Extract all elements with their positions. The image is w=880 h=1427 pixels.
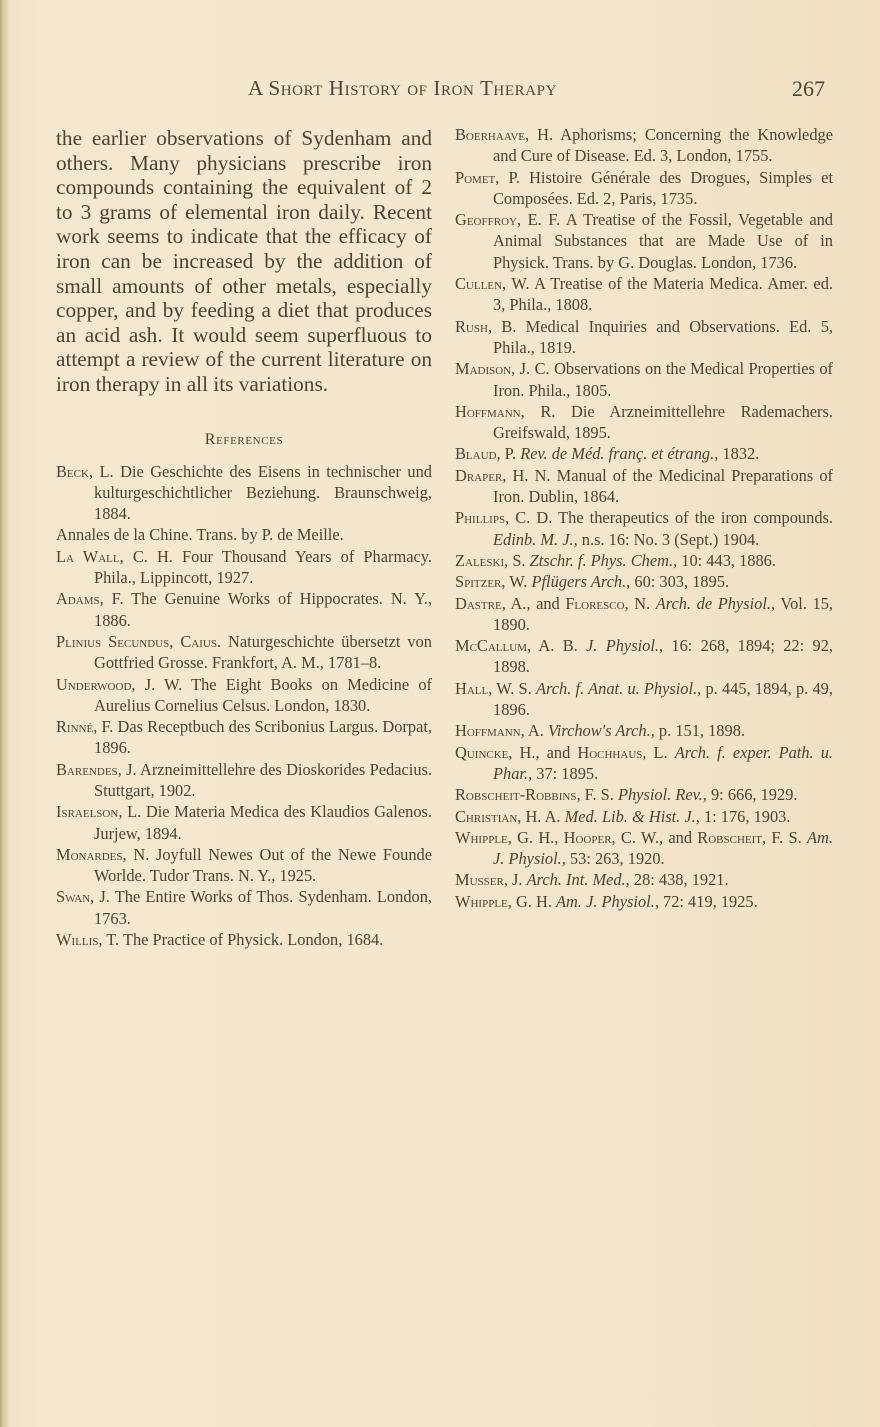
reference-author: McCallum: [455, 636, 527, 655]
reference-text: , E. F. A Treatise of the Fossil, Vegeta…: [493, 210, 833, 272]
reference-entry: Rush, B. Medical Inquiries and Observati…: [455, 316, 833, 359]
reference-text: , G. H.: [508, 892, 556, 911]
reference-entry: Robscheit-Robbins, F. S. Physiol. Rev., …: [455, 784, 833, 805]
reference-author: Adams: [56, 589, 100, 608]
reference-journal: Edinb. M. J.: [493, 530, 574, 549]
reference-author: Whipple: [455, 892, 508, 911]
reference-text: , 9: 666, 1929.: [703, 785, 798, 804]
reference-journal: Arch. f. Anat. u. Physiol.: [536, 679, 697, 698]
reference-entry: Pomet, P. Histoire Générale des Drogues,…: [455, 167, 833, 210]
reference-author: Hoffmann: [455, 721, 521, 740]
body-paragraph: the earlier observations of Sydenham and…: [56, 126, 432, 397]
reference-text: , T. The Practice of Physick. London, 16…: [98, 930, 383, 949]
references-heading: References: [56, 431, 432, 449]
reference-author: Rinné: [56, 717, 93, 736]
reference-entry: Monardes, N. Joyfull Newes Out of the Ne…: [56, 844, 432, 887]
reference-text: , A. B.: [527, 636, 586, 655]
reference-entry: Whipple, G. H., Hooper, C. W., and Robsc…: [455, 827, 833, 870]
reference-entry: Zaleski, S. Ztschr. f. Phys. Chem., 10: …: [455, 550, 833, 571]
reference-text: , 53: 263, 1920.: [562, 849, 665, 868]
reference-text: , J. The Entire Works of Thos. Sydenham.…: [90, 887, 432, 927]
reference-entry: Adams, F. The Genuine Works of Hippocrat…: [56, 588, 432, 631]
reference-text: , 1: 176, 1903.: [696, 807, 791, 826]
reference-text: , W.: [501, 572, 531, 591]
reference-entry: Rinné, F. Das Receptbuch des Scribonius …: [56, 716, 432, 759]
reference-author: Spitzer: [455, 572, 501, 591]
reference-entry: Boerhaave, H. Aphorisms; Concerning the …: [455, 124, 833, 167]
reference-text: , J. W. The Eight Books on Medicine of A…: [94, 675, 432, 715]
reference-text: , W. S.: [488, 679, 536, 698]
reference-text: , A., and: [502, 594, 566, 613]
reference-author: Beck: [56, 462, 89, 481]
reference-author: Musser: [455, 870, 504, 889]
reference-author: Hooper: [564, 828, 612, 847]
reference-journal: Ztschr. f. Phys. Chem.: [530, 551, 673, 570]
reference-text: , N.: [625, 594, 656, 613]
reference-journal: Med. Lib. & Hist. J.: [565, 807, 696, 826]
reference-author: Monardes: [56, 845, 123, 864]
reference-entry: La Wall, C. H. Four Thousand Years of Ph…: [56, 546, 432, 589]
reference-text: , 1832.: [714, 444, 759, 463]
reference-text: , 37: 1895.: [528, 764, 598, 783]
reference-author: Geoffroy: [455, 210, 517, 229]
reference-text: , N. Joyfull Newes Out of the Newe Found…: [94, 845, 432, 885]
reference-text: , G. H.,: [508, 828, 564, 847]
reference-entry: Hoffmann, A. Virchow's Arch., p. 151, 18…: [455, 720, 833, 741]
reference-author: Quincke: [455, 743, 508, 762]
reference-entry: Whipple, G. H. Am. J. Physiol., 72: 419,…: [455, 891, 833, 912]
reference-entry: Dastre, A., and Floresco, N. Arch. de Ph…: [455, 593, 833, 636]
reference-entry: McCallum, A. B. J. Physiol., 16: 268, 18…: [455, 635, 833, 678]
reference-text: , H. A.: [517, 807, 564, 826]
reference-author: La Wall: [56, 547, 120, 566]
reference-journal: Rev. de Méd. franç. et étrang.: [520, 444, 714, 463]
reference-entry: Beck, L. Die Geschichte des Eisens in te…: [56, 461, 432, 525]
reference-entry: Swan, J. The Entire Works of Thos. Syden…: [56, 886, 432, 929]
reference-text: , P. Histoire Générale des Drogues, Simp…: [493, 168, 833, 208]
reference-author: Barendes: [56, 760, 118, 779]
reference-author: Floresco: [565, 594, 624, 613]
reference-author: Dastre: [455, 594, 502, 613]
reference-text: , J.: [504, 870, 527, 889]
reference-author: Pomet: [455, 168, 495, 187]
reference-text: , 28: 438, 1921.: [626, 870, 729, 889]
reference-author: Robscheit: [697, 828, 762, 847]
reference-journal: Physiol. Rev.: [618, 785, 703, 804]
references-list-right: Boerhaave, H. Aphorisms; Concerning the …: [455, 124, 833, 912]
reference-author: Swan: [56, 887, 90, 906]
reference-entry: Plinius Secundus, Caius. Naturgeschichte…: [56, 631, 432, 674]
reference-text: , 60: 303, 1895.: [626, 572, 729, 591]
reference-text: , C. W., and: [612, 828, 698, 847]
reference-journal: Arch. de Physiol.: [656, 594, 771, 613]
reference-text: , L. Die Geschichte des Eisens in techni…: [89, 462, 432, 524]
reference-author: Boerhaave: [455, 125, 525, 144]
reference-entry: Willis, T. The Practice of Physick. Lond…: [56, 929, 432, 950]
reference-entry: Musser, J. Arch. Int. Med., 28: 438, 192…: [455, 869, 833, 890]
reference-text: , F. Das Receptbuch des Scribonius Largu…: [93, 717, 432, 757]
reference-text: , B. Medical Inquiries and Observations.…: [488, 317, 833, 357]
reference-text: , J. Arzneimittellehre des Dioskorides P…: [94, 760, 432, 800]
reference-entry: Hall, W. S. Arch. f. Anat. u. Physiol., …: [455, 678, 833, 721]
reference-author: Plinius Secundus, Caius: [56, 632, 217, 651]
reference-text: , L. Die Materia Medica des Klaudios Gal…: [94, 802, 432, 842]
reference-author: Hall: [455, 679, 488, 698]
reference-author: Cullen: [455, 274, 502, 293]
reference-entry: Blaud, P. Rev. de Méd. franç. et étrang.…: [455, 443, 833, 464]
reference-text: , 72: 419, 1925.: [655, 892, 758, 911]
reference-entry: Israelson, L. Die Materia Medica des Kla…: [56, 801, 432, 844]
reference-text: , n.s. 16: No. 3 (Sept.) 1904.: [574, 530, 760, 549]
reference-entry: Barendes, J. Arzneimittellehre des Diosk…: [56, 759, 432, 802]
reference-text: , H. N. Manual of the Medicinal Preparat…: [493, 466, 833, 506]
left-column: the earlier observations of Sydenham and…: [56, 126, 432, 950]
reference-author: Israelson: [56, 802, 118, 821]
reference-author: Phillips: [455, 508, 505, 527]
reference-entry: Spitzer, W. Pflügers Arch., 60: 303, 189…: [455, 571, 833, 592]
reference-author: Zaleski: [455, 551, 504, 570]
right-column: Boerhaave, H. Aphorisms; Concerning the …: [455, 124, 833, 912]
references-list-left: Beck, L. Die Geschichte des Eisens in te…: [56, 461, 432, 951]
reference-text: , L.: [642, 743, 674, 762]
reference-text: , C. H. Four Thousand Years of Pharmacy.…: [94, 547, 432, 587]
reference-journal: J. Physiol.: [586, 636, 659, 655]
reference-text: , F. S.: [762, 828, 807, 847]
reference-text: , H. Aphorisms; Concerning the Knowledge…: [493, 125, 833, 165]
reference-text: , p. 151, 1898.: [651, 721, 745, 740]
reference-author: Christian: [455, 807, 517, 826]
reference-author: Draper: [455, 466, 502, 485]
reference-text: , 10: 443, 1886.: [673, 551, 776, 570]
reference-author: Underwood: [56, 675, 131, 694]
reference-text: , R. Die Arzneimittellehre Rademachers. …: [493, 402, 833, 442]
reference-text: , F. S.: [576, 785, 618, 804]
reference-author: Hoffmann: [455, 402, 521, 421]
reference-author: Blaud: [455, 444, 496, 463]
reference-author: Hochhaus: [577, 743, 642, 762]
reference-journal: Virchow's Arch.: [548, 721, 651, 740]
reference-text: , W. A Treatise of the Materia Medica. A…: [493, 274, 833, 314]
reference-text: Annales de la Chine. Trans. by P. de Mei…: [56, 525, 344, 544]
reference-entry: Cullen, W. A Treatise of the Materia Med…: [455, 273, 833, 316]
reference-text: , A.: [521, 721, 548, 740]
reference-text: , H., and: [508, 743, 577, 762]
reference-entry: Quincke, H., and Hochhaus, L. Arch. f. e…: [455, 742, 833, 785]
reference-entry: Madison, J. C. Observations on the Medic…: [455, 358, 833, 401]
reference-journal: Pflügers Arch.: [531, 572, 626, 591]
reference-author: Rush: [455, 317, 488, 336]
reference-author: Robscheit-Robbins: [455, 785, 576, 804]
reference-entry: Annales de la Chine. Trans. by P. de Mei…: [56, 524, 432, 545]
reference-text: , J. C. Observations on the Medical Prop…: [493, 359, 833, 399]
reference-author: Willis: [56, 930, 98, 949]
reference-entry: Geoffroy, E. F. A Treatise of the Fossil…: [455, 209, 833, 273]
reference-text: , S.: [504, 551, 530, 570]
running-header: A Short History of Iron Therapy 267: [0, 76, 880, 106]
reference-author: Madison: [455, 359, 511, 378]
reference-entry: Phillips, C. D. The therapeutics of the …: [455, 507, 833, 550]
reference-text: , F. The Genuine Works of Hippocrates. N…: [94, 589, 432, 629]
reference-text: , P.: [496, 444, 520, 463]
reference-entry: Christian, H. A. Med. Lib. & Hist. J., 1…: [455, 806, 833, 827]
reference-journal: Am. J. Physiol.: [556, 892, 655, 911]
reference-entry: Draper, H. N. Manual of the Medicinal Pr…: [455, 465, 833, 508]
page-number: 267: [792, 76, 825, 102]
running-title: A Short History of Iron Therapy: [248, 76, 557, 101]
reference-entry: Hoffmann, R. Die Arzneimittellehre Radem…: [455, 401, 833, 444]
reference-text: , C. D. The therapeutics of the iron com…: [505, 508, 833, 527]
reference-author: Whipple: [455, 828, 508, 847]
reference-journal: Arch. Int. Med.: [527, 870, 626, 889]
reference-entry: Underwood, J. W. The Eight Books on Medi…: [56, 674, 432, 717]
